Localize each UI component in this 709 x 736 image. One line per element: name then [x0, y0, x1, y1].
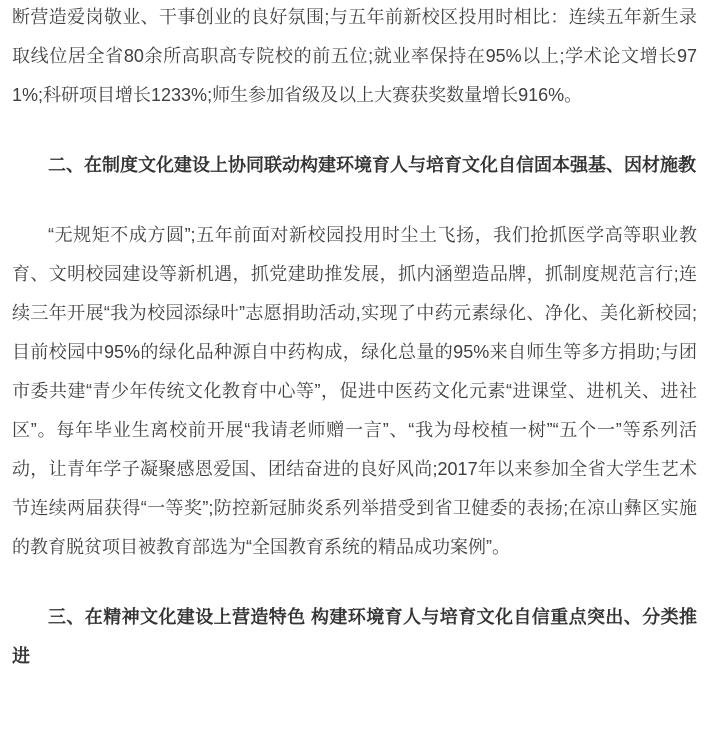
section-heading-3: 三、在精神文化建设上营造特色 构建环境育人与培育文化自信重点突出、分类推进 [12, 598, 697, 676]
paragraph-continuation: 断营造爱岗敬业、干事创业的良好氛围;与五年前新校区投用时相比：连续五年新生录取线… [12, 0, 697, 115]
paragraph-institutional-culture: “无规矩不成方圆”;五年前面对新校园投用时尘土飞扬，我们抢抓医学高等职业教育、文… [12, 216, 697, 567]
article-body: 断营造爱岗敬业、干事创业的良好氛围;与五年前新校区投用时相比：连续五年新生录取线… [0, 0, 709, 676]
section-heading-2: 二、在制度文化建设上协同联动构建环境育人与培育文化自信固本强基、因材施教 [12, 146, 697, 185]
